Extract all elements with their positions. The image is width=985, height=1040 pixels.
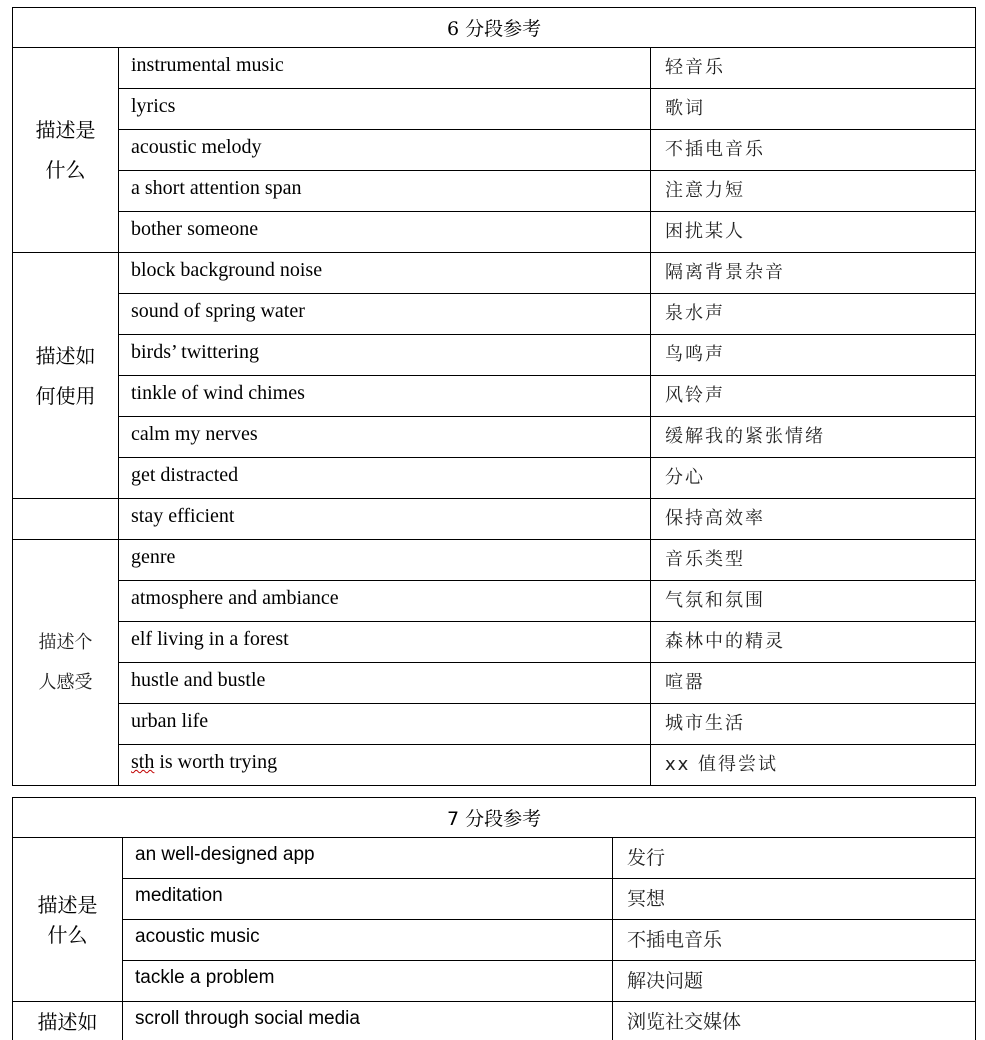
category-cell: 描述是什么 — [13, 48, 119, 253]
chinese-term: 隔离背景杂音 — [651, 253, 976, 294]
category-cell: 描述个人感受 — [13, 540, 119, 786]
chinese-term: 不插电音乐 — [613, 920, 976, 961]
english-term: acoustic music — [123, 920, 613, 961]
chinese-term: 城市生活 — [651, 704, 976, 745]
english-term: atmosphere and ambiance — [119, 581, 651, 622]
english-term: urban life — [119, 704, 651, 745]
chinese-term: 不插电音乐 — [651, 130, 976, 171]
chinese-term: 歌词 — [651, 89, 976, 130]
category-cell-empty — [13, 499, 119, 540]
chinese-term: 困扰某人 — [651, 212, 976, 253]
english-term: a short attention span — [119, 171, 651, 212]
english-term: stay efficient — [119, 499, 651, 540]
chinese-term: 音乐类型 — [651, 540, 976, 581]
english-term: tackle a problem — [123, 961, 613, 1002]
english-term: sound of spring water — [119, 294, 651, 335]
category-cell: 描述是什么 — [13, 838, 123, 1002]
chinese-term: 风铃声 — [651, 376, 976, 417]
english-term: hustle and bustle — [119, 663, 651, 704]
chinese-term: 冥想 — [613, 879, 976, 920]
chinese-term: 发行 — [613, 838, 976, 879]
category-cell: 描述如何使用 — [13, 253, 119, 499]
category-cell: 描述如 — [13, 1002, 123, 1040]
english-term: lyrics — [119, 89, 651, 130]
english-term: elf living in a forest — [119, 622, 651, 663]
english-term: calm my nerves — [119, 417, 651, 458]
english-term: genre — [119, 540, 651, 581]
english-term: instrumental music — [119, 48, 651, 89]
english-term: tinkle of wind chimes — [119, 376, 651, 417]
spellcheck-flagged-word: sth — [131, 751, 154, 773]
vocab-table-7: 7 分段参考 描述是什么 an well-designed app 发行 med… — [12, 797, 976, 1040]
english-term: acoustic melody — [119, 130, 651, 171]
table-title: 6 分段参考 — [13, 8, 976, 48]
english-term: get distracted — [119, 458, 651, 499]
english-term: meditation — [123, 879, 613, 920]
chinese-term: 缓解我的紧张情绪 — [651, 417, 976, 458]
english-term: birds’ twittering — [119, 335, 651, 376]
chinese-term: 解决问题 — [613, 961, 976, 1002]
english-term: sth is worth trying — [119, 745, 651, 786]
chinese-term: 分心 — [651, 458, 976, 499]
chinese-term: 气氛和氛围 — [651, 581, 976, 622]
chinese-term: 保持高效率 — [651, 499, 976, 540]
english-term: scroll through social media — [123, 1002, 613, 1040]
table-title: 7 分段参考 — [13, 798, 976, 838]
chinese-term: 轻音乐 — [651, 48, 976, 89]
chinese-term: 鸟鸣声 — [651, 335, 976, 376]
english-term: bother someone — [119, 212, 651, 253]
chinese-term: 泉水声 — [651, 294, 976, 335]
chinese-term: 注意力短 — [651, 171, 976, 212]
chinese-term: 喧嚣 — [651, 663, 976, 704]
vocab-table-6: 6 分段参考 描述是什么 instrumental music 轻音乐 lyri… — [12, 7, 976, 786]
chinese-term: 森林中的精灵 — [651, 622, 976, 663]
chinese-term: 浏览社交媒体 — [613, 1002, 976, 1040]
english-term: an well-designed app — [123, 838, 613, 879]
chinese-term: xx 值得尝试 — [651, 745, 976, 786]
english-term: block background noise — [119, 253, 651, 294]
